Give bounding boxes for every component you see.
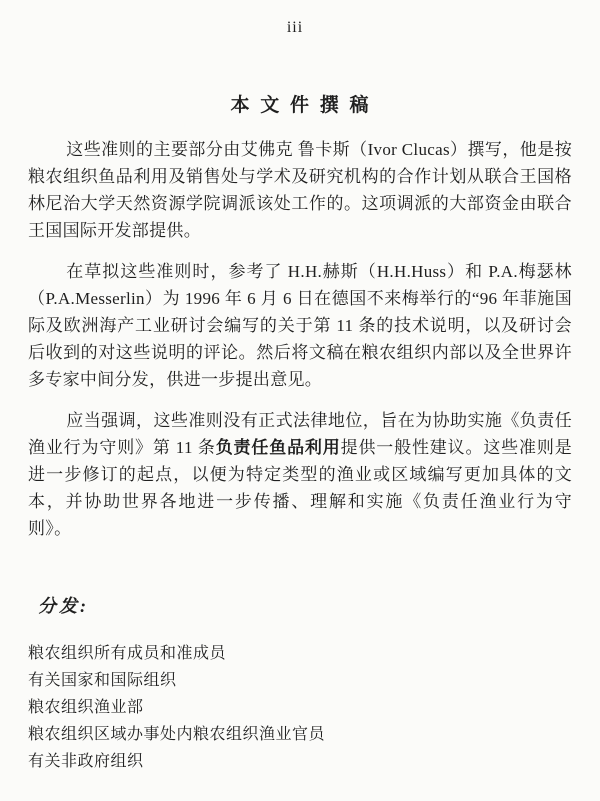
bold-emphasis-article-name: 负责任鱼品利用 [216,438,341,457]
distribution-item-fisheries-dept: 粮农组织渔业部 [28,693,572,720]
distribution-item-regional-officers: 粮农组织区域办事处内粮农组织渔业官员 [28,720,572,747]
distribution-item-ngos: 有关非政府组织 [28,747,572,774]
distribution-heading: 分发: [38,592,572,618]
distribution-item-members: 粮农组织所有成员和准成员 [28,639,572,666]
distribution-item-nations-orgs: 有关国家和国际组织 [28,666,572,693]
paragraph-drafting-history: 在草拟这些准则时，参考了 H.H.赫斯（H.H.Huss）和 P.A.梅瑟林（P… [28,258,572,393]
paragraph-authorship: 这些准则的主要部分由艾佛克 鲁卡斯（Ivor Clucas）撰写，他是按粮农组织… [28,136,572,244]
page-number: iii [0,19,590,37]
document-title: 本 文 件 撰 稿 [0,90,600,117]
paragraph-legal-status: 应当强调，这些准则没有正式法律地位，旨在为协助实施《负责任渔业行为守则》第 11… [28,407,572,542]
document-body: 这些准则的主要部分由艾佛克 鲁卡斯（Ivor Clucas）撰写，他是按粮农组织… [28,136,572,556]
document-page: iii 本 文 件 撰 稿 这些准则的主要部分由艾佛克 鲁卡斯（Ivor Clu… [0,0,600,801]
distribution-section: 分发: 粮农组织所有成员和准成员 有关国家和国际组织 粮农组织渔业部 粮农组织区… [28,592,572,774]
distribution-list: 粮农组织所有成员和准成员 有关国家和国际组织 粮农组织渔业部 粮农组织区域办事处… [28,639,572,774]
